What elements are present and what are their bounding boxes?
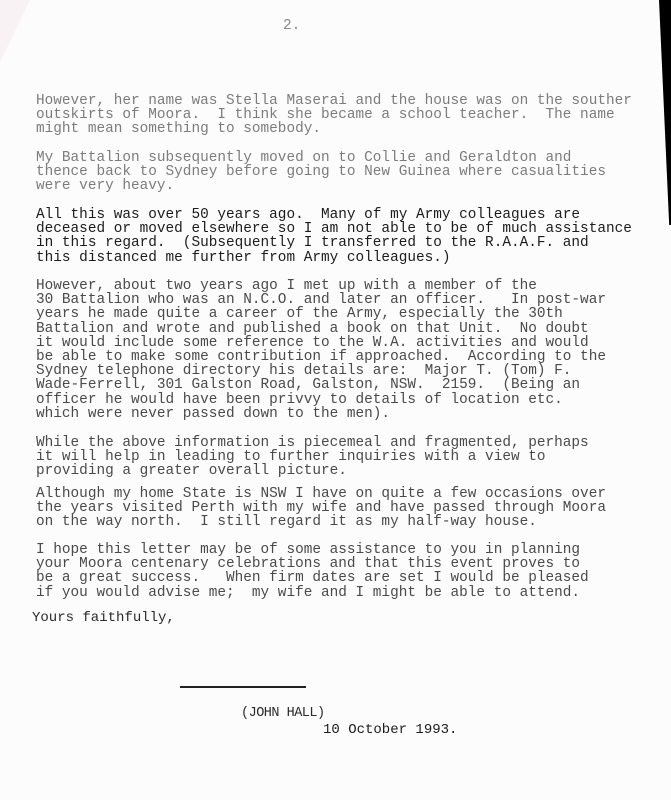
letter-page: 2. However, her name was Stella Maserai … — [0, 0, 671, 800]
scan-edge-shadow — [659, 0, 671, 225]
paragraph-information: While the above information is piecemeal… — [36, 436, 589, 479]
paragraph-wade-ferrell: However, about two years ago I met up wi… — [36, 279, 606, 421]
paragraph-home-state: Although my home State is NSW I have on … — [36, 487, 606, 530]
closing-salutation: Yours faithfully, — [32, 610, 175, 626]
page-number: 2. — [283, 18, 300, 34]
paragraph-battalion-moves: My Battalion subsequently moved on to Co… — [36, 151, 606, 194]
page-corner-shadow — [0, 0, 30, 62]
paragraph-stella-maserai: However, her name was Stella Maserai and… — [36, 94, 632, 137]
paragraph-centenary: I hope this letter may be of some assist… — [36, 543, 589, 600]
paragraph-fifty-years: All this was over 50 years ago. Many of … — [36, 208, 632, 265]
letter-date: 10 October 1993. — [323, 722, 457, 738]
signature-line — [180, 686, 306, 688]
signatory-name: (JOHN HALL) — [241, 706, 325, 721]
